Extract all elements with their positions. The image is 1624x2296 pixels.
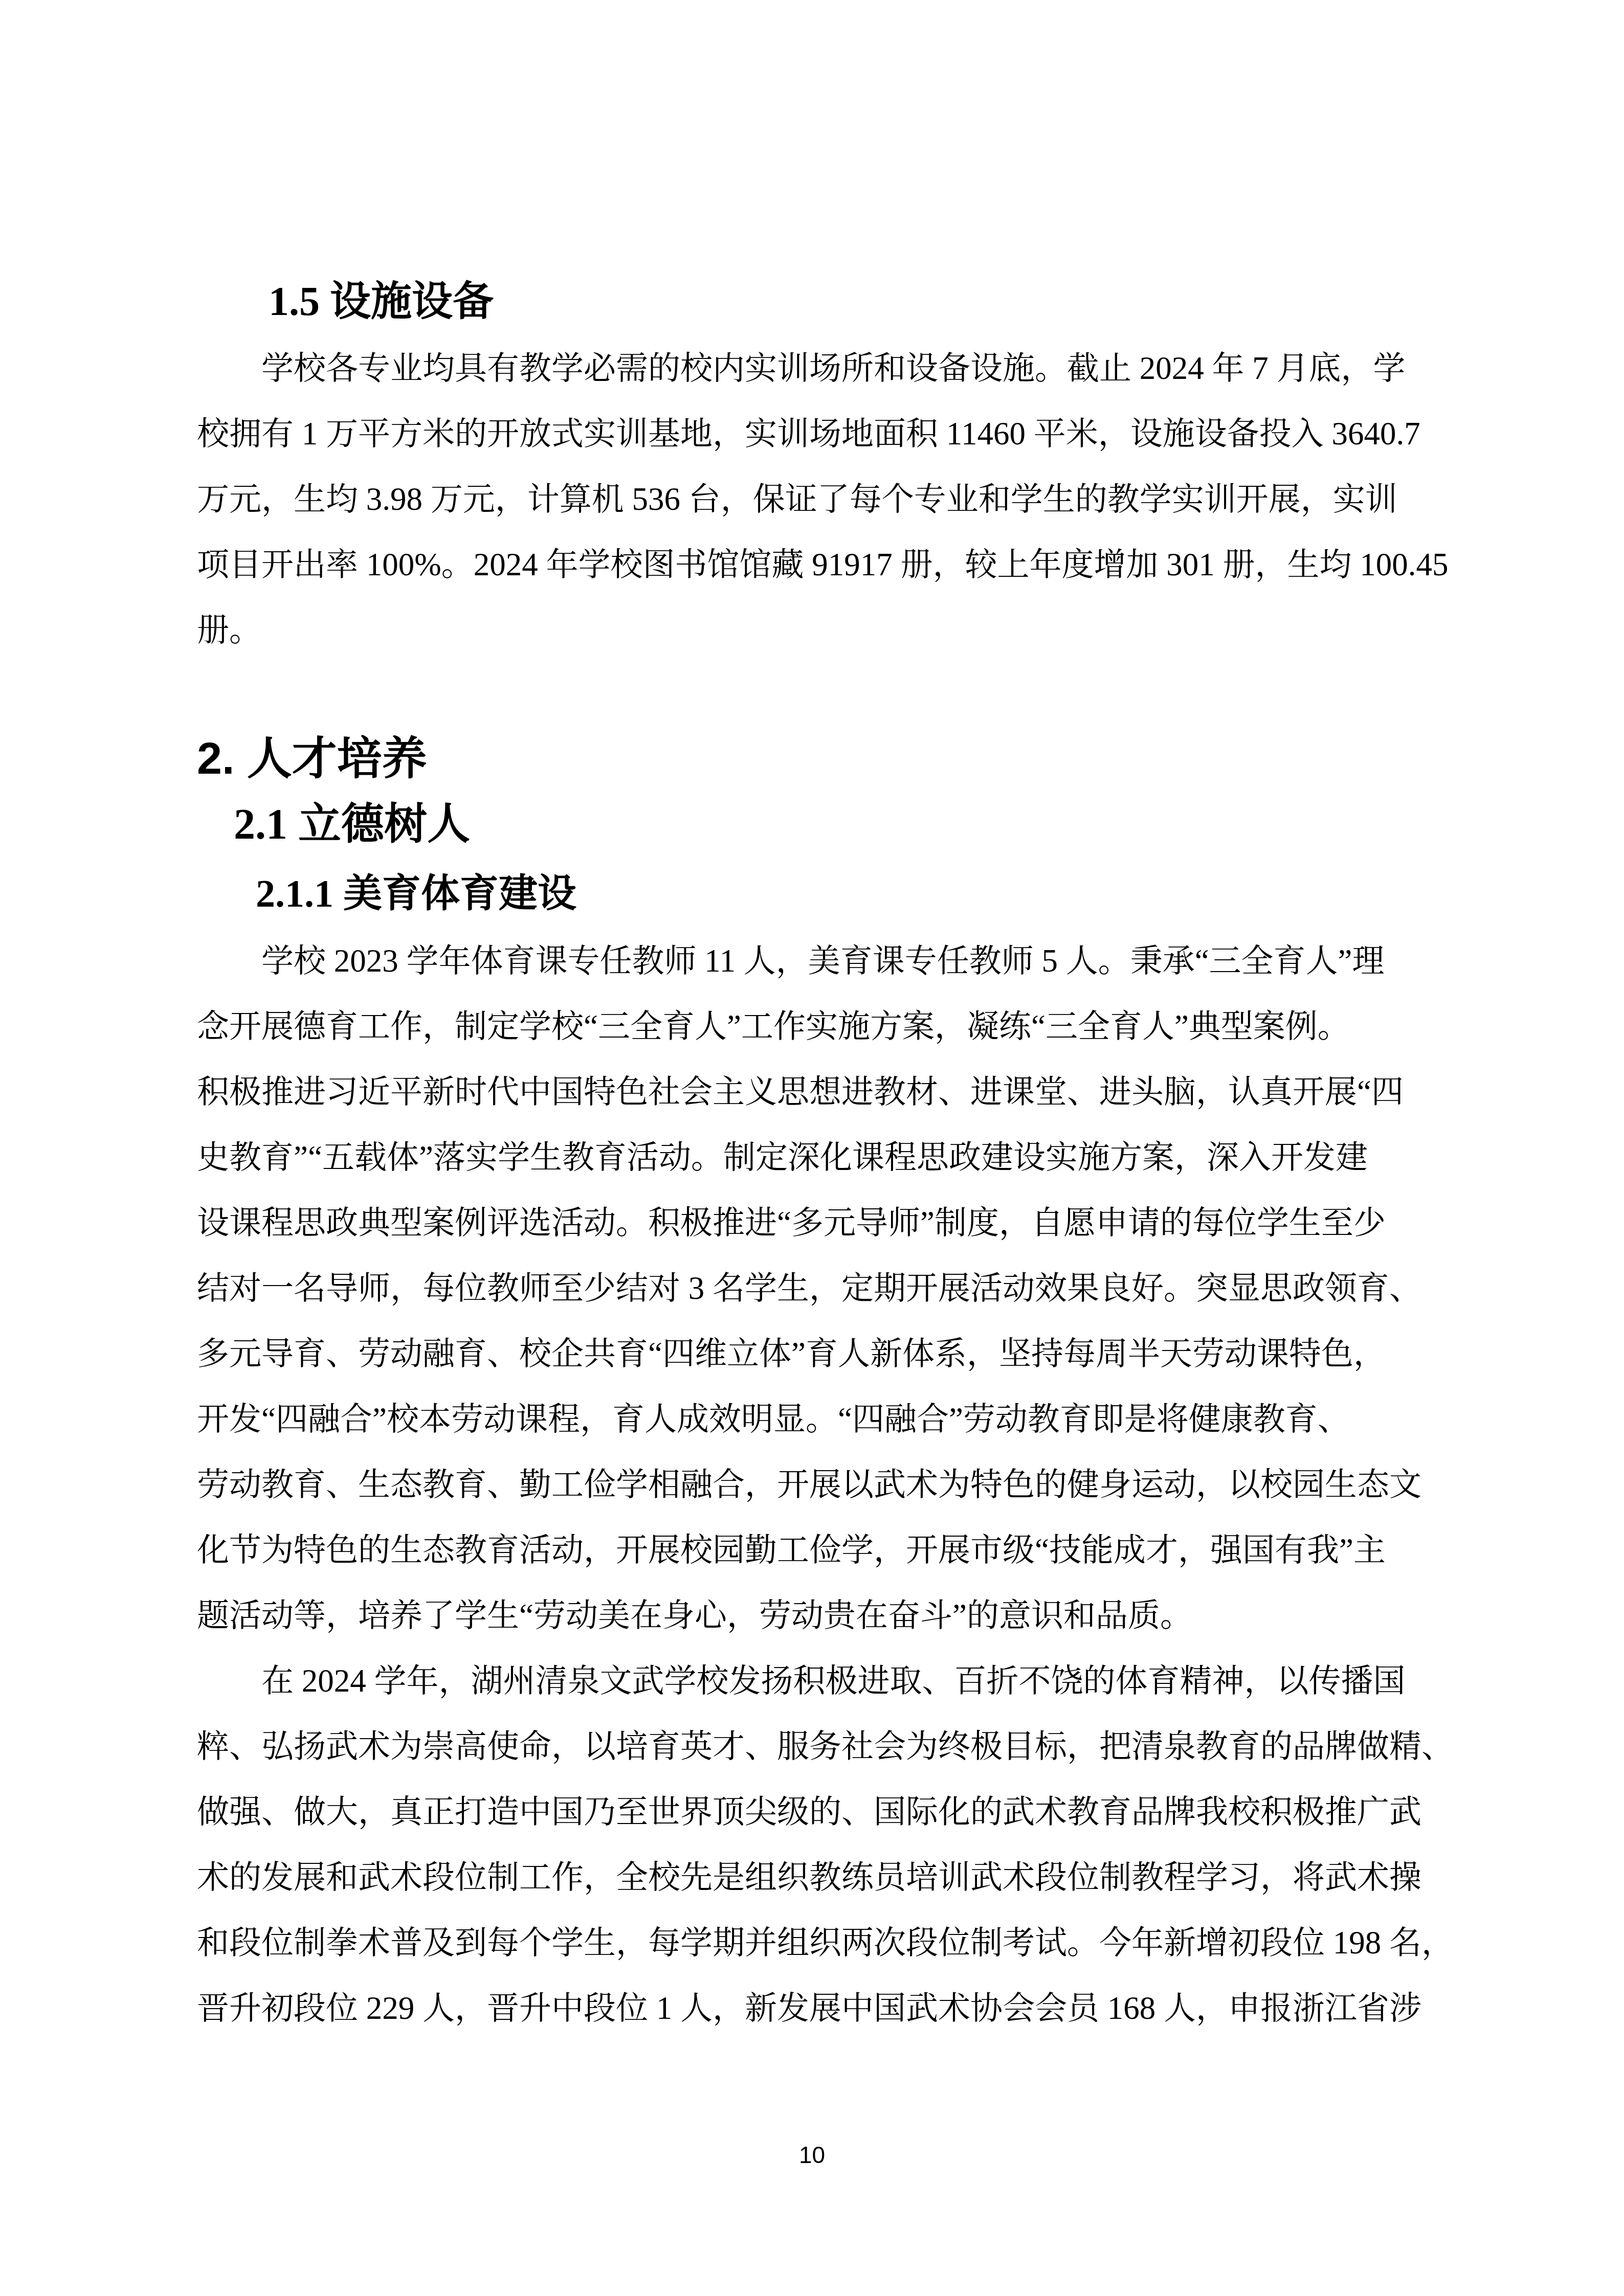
heading-section-2-1-1: 2.1.1 美育体育建设 (256, 870, 1427, 918)
paragraph-facilities: 学校各专业均具有教学必需的校内实训场所和设备设施。截止 2024 年 7 月底，… (197, 335, 1427, 663)
paragraph-martial-arts: 在 2024 学年，湖州清泉文武学校发扬积极进取、百折不饶的体育精神，以传播国 … (197, 1648, 1427, 2041)
heading-section-2-1: 2.1 立德树人 (234, 798, 1427, 851)
page-content: 1.5 设施设备 学校各专业均具有教学必需的校内实训场所和设备设施。截止 202… (197, 276, 1427, 2041)
paragraph-moral-education: 学校 2023 学年体育课专任教师 11 人，美育课专任教师 5 人。秉承“三全… (197, 928, 1427, 1648)
page-number: 10 (0, 2141, 1624, 2169)
document-page: 1.5 设施设备 学校各专业均具有教学必需的校内实训场所和设备设施。截止 202… (0, 0, 1624, 2296)
heading-section-1-5: 1.5 设施设备 (269, 276, 1427, 327)
heading-chapter-2: 2. 人才培养 (197, 730, 1427, 786)
